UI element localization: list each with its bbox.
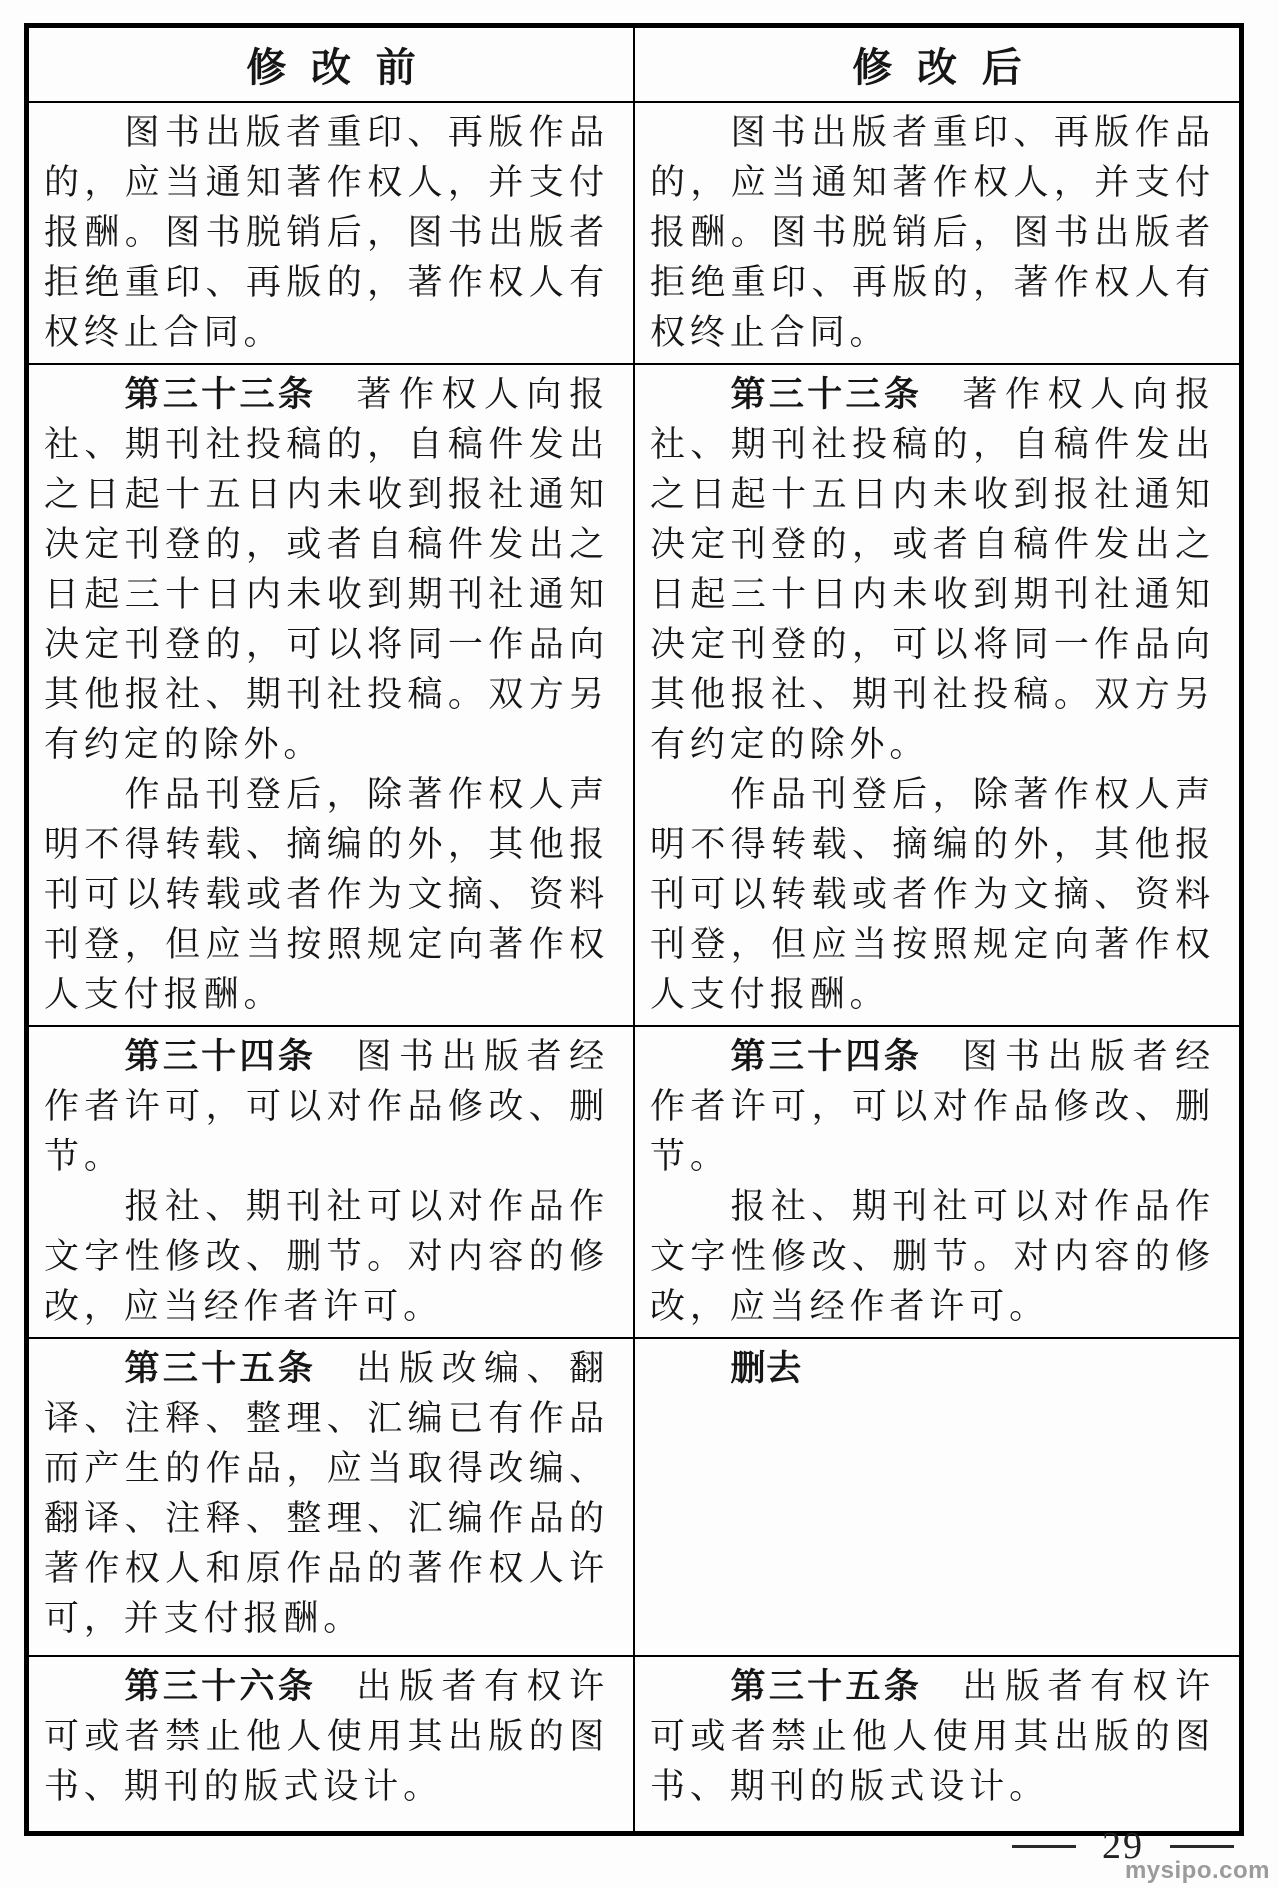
cell-after: 第三十三条著作权人向报社、期刊社投稿的，自稿件发出之日起十五日内未收到报社通知决…: [634, 364, 1242, 1026]
table-header-row: 修改前 修改后: [27, 26, 1242, 102]
article-number: 第三十六条: [125, 1667, 317, 1706]
article-number: 第三十五条: [731, 1667, 923, 1706]
cell-before: 图书出版者重印、再版作品的，应当通知著作权人，并支付报酬。图书脱销后，图书出版者…: [27, 102, 635, 364]
article-number: 第三十三条: [731, 375, 923, 414]
clause-paragraph: 第三十六条出版者有权许可或者禁止他人使用其出版的图书、期刊的版式设计。: [44, 1662, 609, 1812]
clause-text: 著作权人向报社、期刊社投稿的，自稿件发出之日起十五日内未收到报社通知决定刊登的，…: [650, 375, 1215, 764]
clause-text: 出版改编、翻译、注释、整理、汇编已有作品而产生的作品，应当取得改编、翻译、注释、…: [44, 1349, 609, 1638]
clause-paragraph: 图书出版者重印、再版作品的，应当通知著作权人，并支付报酬。图书脱销后，图书出版者…: [650, 108, 1215, 358]
clause-paragraph: 第三十四条图书出版者经作者许可，可以对作品修改、删节。: [44, 1032, 609, 1182]
deleted-label: 删去: [731, 1349, 802, 1388]
clause-paragraph: 图书出版者重印、再版作品的，应当通知著作权人，并支付报酬。图书脱销后，图书出版者…: [44, 108, 609, 358]
cell-before: 第三十四条图书出版者经作者许可，可以对作品修改、删节。 报社、期刊社可以对作品作…: [27, 1026, 635, 1338]
clause-paragraph: 作品刊登后，除著作权人声明不得转载、摘编的外，其他报刊可以转载或者作为文摘、资料…: [650, 770, 1215, 1020]
clause-paragraph: 第三十三条著作权人向报社、期刊社投稿的，自稿件发出之日起十五日内未收到报社通知决…: [650, 370, 1215, 770]
table-row: 第三十六条出版者有权许可或者禁止他人使用其出版的图书、期刊的版式设计。 第三十五…: [27, 1656, 1242, 1834]
clause-text: 图书出版者重印、再版作品的，应当通知著作权人，并支付报酬。图书脱销后，图书出版者…: [44, 113, 609, 352]
article-number: 第三十四条: [731, 1037, 923, 1076]
article-number: 第三十四条: [125, 1037, 317, 1076]
clause-text: 图书出版者重印、再版作品的，应当通知著作权人，并支付报酬。图书脱销后，图书出版者…: [650, 113, 1215, 352]
clause-text: 作品刊登后，除著作权人声明不得转载、摘编的外，其他报刊可以转载或者作为文摘、资料…: [44, 775, 609, 1014]
article-number: 第三十三条: [125, 375, 317, 414]
column-header-before: 修改前: [27, 26, 635, 102]
watermark: mysipo.com: [1125, 1857, 1270, 1885]
clause-paragraph: 作品刊登后，除著作权人声明不得转载、摘编的外，其他报刊可以转载或者作为文摘、资料…: [44, 770, 609, 1020]
page-number-dash-right: [1170, 1845, 1234, 1848]
clause-paragraph: 报社、期刊社可以对作品作文字性修改、删节。对内容的修改，应当经作者许可。: [44, 1182, 609, 1332]
clause-paragraph: 第三十三条著作权人向报社、期刊社投稿的，自稿件发出之日起十五日内未收到报社通知决…: [44, 370, 609, 770]
cell-after: 第三十四条图书出版者经作者许可，可以对作品修改、删节。 报社、期刊社可以对作品作…: [634, 1026, 1242, 1338]
clause-text: 报社、期刊社可以对作品作文字性修改、删节。对内容的修改，应当经作者许可。: [650, 1187, 1215, 1326]
clause-paragraph: 第三十五条出版改编、翻译、注释、整理、汇编已有作品而产生的作品，应当取得改编、翻…: [44, 1344, 609, 1644]
cell-after: 图书出版者重印、再版作品的，应当通知著作权人，并支付报酬。图书脱销后，图书出版者…: [634, 102, 1242, 364]
clause-paragraph: 第三十四条图书出版者经作者许可，可以对作品修改、删节。: [650, 1032, 1215, 1182]
table-row: 第三十四条图书出版者经作者许可，可以对作品修改、删节。 报社、期刊社可以对作品作…: [27, 1026, 1242, 1338]
clause-text: 报社、期刊社可以对作品作文字性修改、删节。对内容的修改，应当经作者许可。: [44, 1187, 609, 1326]
cell-after: 第三十五条出版者有权许可或者禁止他人使用其出版的图书、期刊的版式设计。: [634, 1656, 1242, 1834]
cell-before: 第三十三条著作权人向报社、期刊社投稿的，自稿件发出之日起十五日内未收到报社通知决…: [27, 364, 635, 1026]
clause-paragraph: 删去: [650, 1344, 1215, 1394]
clause-paragraph: 第三十五条出版者有权许可或者禁止他人使用其出版的图书、期刊的版式设计。: [650, 1662, 1215, 1812]
clause-text: 著作权人向报社、期刊社投稿的，自稿件发出之日起十五日内未收到报社通知决定刊登的，…: [44, 375, 609, 764]
page-number-dash-left: [1012, 1845, 1076, 1848]
table-row: 第三十五条出版改编、翻译、注释、整理、汇编已有作品而产生的作品，应当取得改编、翻…: [27, 1338, 1242, 1656]
cell-before: 第三十六条出版者有权许可或者禁止他人使用其出版的图书、期刊的版式设计。: [27, 1656, 635, 1834]
article-number: 第三十五条: [125, 1349, 317, 1388]
clause-paragraph: 报社、期刊社可以对作品作文字性修改、删节。对内容的修改，应当经作者许可。: [650, 1182, 1215, 1332]
cell-before: 第三十五条出版改编、翻译、注释、整理、汇编已有作品而产生的作品，应当取得改编、翻…: [27, 1338, 635, 1656]
table-row: 图书出版者重印、再版作品的，应当通知著作权人，并支付报酬。图书脱销后，图书出版者…: [27, 102, 1242, 364]
table-row: 第三十三条著作权人向报社、期刊社投稿的，自稿件发出之日起十五日内未收到报社通知决…: [27, 364, 1242, 1026]
column-header-after: 修改后: [634, 26, 1242, 102]
comparison-table: 修改前 修改后 图书出版者重印、再版作品的，应当通知著作权人，并支付报酬。图书脱…: [24, 23, 1244, 1836]
clause-text: 作品刊登后，除著作权人声明不得转载、摘编的外，其他报刊可以转载或者作为文摘、资料…: [650, 775, 1215, 1014]
cell-after: 删去: [634, 1338, 1242, 1656]
